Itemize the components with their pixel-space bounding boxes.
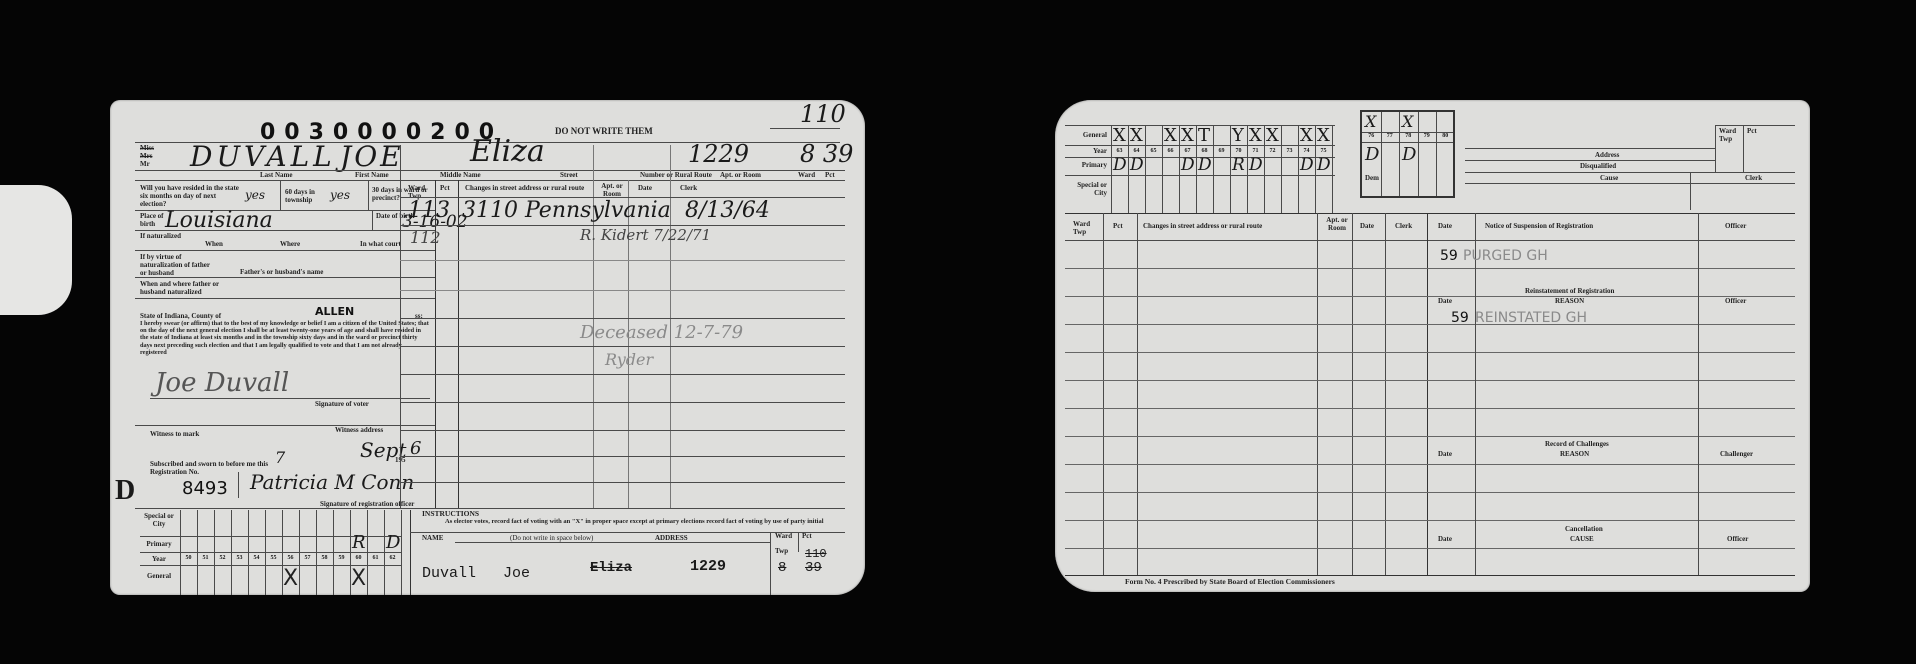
primary-vote-mark: R <box>352 532 366 553</box>
general-vote-mark: X <box>1181 125 1194 146</box>
year-cell: 62 <box>384 555 401 561</box>
apt-label: Apt. or Room <box>720 171 761 179</box>
registration-card-front: 0030000200 DO NOT WRITE THEM 110 Miss Mr… <box>110 100 865 595</box>
disqualified-label: Disqualified <box>1580 162 1616 170</box>
card-letter: D <box>115 475 135 507</box>
pct-label: Pct <box>1747 127 1757 135</box>
signature-voter-label: Signature of voter <box>315 400 369 408</box>
middle-name-label: Middle Name <box>440 171 481 179</box>
grid-label-primary: Primary <box>140 540 178 548</box>
reinstatement-entry-date: 59 <box>1451 310 1469 326</box>
ward-pct-value: 8 39 <box>800 140 853 168</box>
suspension-heading: Notice of Suspension of Registration <box>1485 222 1593 230</box>
year-cell: 70 <box>1230 148 1247 154</box>
back-voting-grid: General Year Primary Special or City 63X… <box>1065 125 1345 213</box>
year-cell: 54 <box>248 555 265 561</box>
township-label: 60 days in township <box>285 188 335 204</box>
year-cell: 67 <box>1179 148 1196 154</box>
back-clerk-header: Clerk <box>1395 222 1412 230</box>
change-row-2-ward: 112 <box>410 228 441 247</box>
suspension-officer-header: Officer <box>1725 222 1746 230</box>
ward-label: Ward <box>798 171 815 179</box>
cancellation-date-header: Date <box>1438 535 1452 543</box>
year-cell: 57 <box>299 555 316 561</box>
change-pct-header: Pct <box>440 184 450 192</box>
cancellation-officer-header: Officer <box>1727 535 1748 543</box>
year-cell: 55 <box>265 555 282 561</box>
year-cell: 79 <box>1418 133 1437 139</box>
grid-label-general: General <box>1065 131 1107 139</box>
year-cell: 63 <box>1111 148 1128 154</box>
naturalized-label: If naturalized <box>140 232 190 240</box>
general-vote-mark: X <box>1402 112 1413 131</box>
typed-name: Duvall Joe <box>422 565 530 582</box>
voter-signature: Joe Duvall <box>155 368 289 398</box>
do-not-write-label: DO NOT WRITE THEM <box>555 126 653 136</box>
year-cell: 65 <box>1145 148 1162 154</box>
disq-clerk-label: Clerk <box>1745 174 1762 182</box>
cancellation-heading: Cancellation <box>1565 525 1603 533</box>
reinstatement-heading: Reinstatement of Registration <box>1525 287 1614 295</box>
reinstatement-reason-header: REASON <box>1555 297 1584 305</box>
back-extra-grid: 76XD7778XD7980Dem <box>1360 110 1455 198</box>
primary-vote-mark: D <box>1113 155 1127 175</box>
year-cell: 77 <box>1381 133 1400 139</box>
challenges-challenger-header: Challenger <box>1720 450 1753 458</box>
court-label: In what court <box>360 240 401 248</box>
change-row-3-address: Deceased 12-7-79 <box>580 322 743 343</box>
primary-vote-mark: D <box>1402 144 1416 165</box>
registration-no-label: Registration No. <box>150 468 199 476</box>
grid-label-special: Special or City <box>140 512 178 528</box>
adjacent-card-edge <box>0 185 72 315</box>
general-vote-mark: Y <box>1232 125 1244 146</box>
back-date-header: Date <box>1360 222 1374 230</box>
last-name-value: DUVALL <box>190 140 336 173</box>
grid-label-year: Year <box>140 555 178 563</box>
first-name-label: First Name <box>355 171 389 179</box>
primary-vote-mark: D <box>386 532 400 553</box>
typed-pct-old: 110 <box>805 547 827 561</box>
primary-vote-mark: D <box>1365 144 1379 165</box>
change-row-1-ward: 113 <box>408 198 450 223</box>
change-clerk-header: Clerk <box>680 184 697 192</box>
instructions-heading: INSTRUCTIONS <box>422 510 479 518</box>
year-cell: 72 <box>1264 148 1281 154</box>
primary-vote-mark: D <box>1300 155 1314 175</box>
year-cell: 73 <box>1281 148 1298 154</box>
general-vote-mark: X <box>1130 125 1143 146</box>
twp-footer-label: Twp <box>775 547 788 555</box>
general-vote-mark: T <box>1198 125 1210 146</box>
primary-vote-mark: D <box>1317 155 1331 175</box>
grid-label-primary: Primary <box>1065 161 1107 169</box>
year-cell: 50 <box>180 555 197 561</box>
general-vote-mark: X <box>1249 125 1262 146</box>
change-row-1-address: 3110 Pennsylvania <box>462 198 671 223</box>
street-value: Eliza <box>470 134 545 169</box>
general-vote-mark: X <box>1365 112 1376 131</box>
change-address-header: Changes in street address or rural route <box>465 184 584 192</box>
change-apt-header: Apt. or Room <box>598 182 626 198</box>
party-label: Dem <box>1365 174 1379 182</box>
back-ward-header: Ward Twp <box>1073 220 1097 236</box>
year-cell: 80 <box>1436 133 1455 139</box>
front-voting-grid: Special or City Primary Year General 505… <box>140 510 410 595</box>
when-label: When <box>205 240 223 248</box>
change-date-header: Date <box>638 184 652 192</box>
general-vote-mark: X <box>1113 125 1126 146</box>
address-label: ADDRESS <box>655 534 688 542</box>
general-vote-mark: X <box>1317 125 1330 146</box>
suspension-date-header: Date <box>1438 222 1452 230</box>
virtue-label: If by virtue of naturalization of father… <box>140 253 215 277</box>
typed-pct: 39 <box>805 560 822 576</box>
change-row-4-address: Ryder <box>605 350 653 369</box>
typed-number: 1229 <box>690 558 726 575</box>
witness-label: Witness to mark <box>150 430 199 438</box>
house-number-value: 1229 <box>688 140 749 168</box>
general-vote-mark: X <box>1164 125 1177 146</box>
subscribed-day: 7 <box>275 448 285 467</box>
street-label: Street <box>560 171 578 179</box>
year-cell: 69 <box>1213 148 1230 154</box>
reinstatement-officer-header: Officer <box>1725 297 1746 305</box>
registration-card-back: General Year Primary Special or City 63X… <box>1055 100 1810 592</box>
year-cell: 60 <box>350 555 367 561</box>
year-cell: 51 <box>197 555 214 561</box>
challenges-heading: Record of Challenges <box>1545 440 1609 448</box>
year-cell: 52 <box>214 555 231 561</box>
form-footer: Form No. 4 Prescribed by State Board of … <box>1125 578 1335 586</box>
year-cell: 58 <box>316 555 333 561</box>
where-label: Where <box>280 240 300 248</box>
back-pct-header: Pct <box>1113 222 1123 230</box>
cancellation-cause-header: CAUSE <box>1570 535 1594 543</box>
pct-label: Pct <box>825 171 835 179</box>
typed-ward: 8 <box>778 560 786 576</box>
year-cell: 68 <box>1196 148 1213 154</box>
cause-label: Cause <box>1600 174 1618 182</box>
general-vote-mark: X <box>1266 125 1279 146</box>
officer-signature: Patricia M Conn <box>250 470 414 494</box>
oath-text: I hereby swear (or affirm) that to the b… <box>140 320 430 356</box>
subscribed-label: Subscribed and sworn to before me this <box>150 460 268 468</box>
challenges-reason-header: REASON <box>1560 450 1589 458</box>
year-cell: 53 <box>231 555 248 561</box>
general-vote-mark: X <box>283 568 298 590</box>
father-name-label: Father's or husband's name <box>240 268 323 276</box>
witness-address-label: Witness address <box>335 426 383 434</box>
back-apt-header: Apt. or Room <box>1323 216 1351 232</box>
year-cell: 75 <box>1315 148 1332 154</box>
suspension-entry-text: PURGED GH <box>1463 248 1548 264</box>
change-row-2-clerk: R. Kidert 7/22/71 <box>580 226 711 244</box>
township-value: yes <box>330 188 350 202</box>
oath-heading: State of Indiana, County of <box>140 312 221 320</box>
suspension-entry-date: 59 <box>1440 248 1458 264</box>
reinstatement-date-header: Date <box>1438 297 1452 305</box>
first-name-value: JOE <box>340 140 404 173</box>
year-cell: 74 <box>1298 148 1315 154</box>
change-row-1-date: 8/13/64 <box>685 198 770 223</box>
primary-vote-mark: D <box>1130 155 1144 175</box>
ward-footer-label: Ward <box>775 532 792 540</box>
year-cell: 59 <box>333 555 350 561</box>
reinstatement-entry-text: REINSTATED GH <box>1475 310 1587 326</box>
year-cell: 66 <box>1162 148 1179 154</box>
corner-number: 110 <box>800 100 846 128</box>
primary-vote-mark: R <box>1232 155 1245 175</box>
year-cell: 76 <box>1362 133 1381 139</box>
resided-state-label: Will you have resided in the state six m… <box>140 184 240 208</box>
primary-vote-mark: D <box>1249 155 1263 175</box>
primary-vote-mark: D <box>1181 155 1195 175</box>
county-value: ALLEN <box>315 305 354 318</box>
when-where-label: When and where father or husband natural… <box>140 280 230 296</box>
instructions-text: As elector votes, record fact of voting … <box>445 518 845 526</box>
ward-twp-label: Ward Twp <box>1719 127 1739 143</box>
year-cell: 71 <box>1247 148 1264 154</box>
registration-number: 8493 <box>182 478 228 499</box>
address-label: Address <box>1595 151 1619 159</box>
last-name-label: Last Name <box>260 171 292 179</box>
number-label: Number or Rural Route <box>640 171 712 179</box>
pct-footer-label: Pct <box>802 532 812 540</box>
year-cell: 61 <box>367 555 384 561</box>
year-cell: 64 <box>1128 148 1145 154</box>
challenges-date-header: Date <box>1438 450 1452 458</box>
primary-vote-mark: D <box>1198 155 1212 175</box>
name-label: NAME <box>422 534 443 542</box>
no-write-label: (Do not write in space below) <box>510 534 593 542</box>
resided-state-value: yes <box>245 188 265 202</box>
general-vote-mark: X <box>1300 125 1313 146</box>
grid-label-year: Year <box>1065 147 1107 155</box>
general-vote-mark: X <box>351 568 366 590</box>
back-address-header: Changes in street address or rural route <box>1143 222 1262 230</box>
typed-street: Eliza <box>590 560 632 576</box>
grid-label-special: Special or City <box>1065 181 1107 197</box>
year-cell: 78 <box>1399 133 1418 139</box>
grid-label-general: General <box>140 572 178 580</box>
salutation-list: Miss Mrs Mr <box>140 144 154 168</box>
year-cell: 56 <box>282 555 299 561</box>
